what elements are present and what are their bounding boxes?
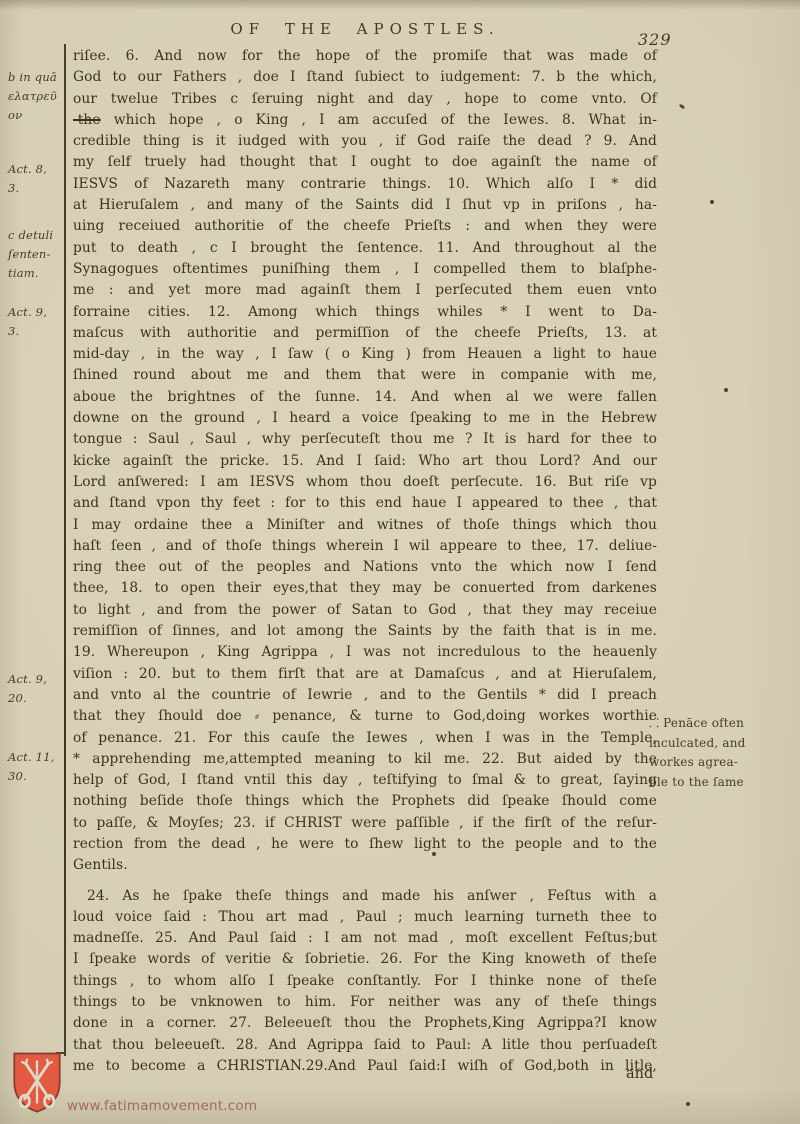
text-line: haſt ſeen , and of thoſe things wherein … xyxy=(73,536,657,557)
text-line: remiſſion of ſinnes, and lot among the S… xyxy=(73,621,657,642)
margin-note-line: c detuli xyxy=(8,226,62,245)
margin-note: Act. 8,3. xyxy=(8,160,62,198)
margin-note: Act. 9,20. xyxy=(8,670,62,708)
text-line: me to become a CHRISTIAN.29.And Paul ſai… xyxy=(73,1056,657,1077)
margin-note: Act. 11,30. xyxy=(8,748,62,786)
scanned-book-page: OF THE APOSTLES. 329 riſee. 6. And now f… xyxy=(0,0,800,1124)
margin-note-line: ble to the ſame xyxy=(649,773,795,793)
text-line: done in a corner. 27. Beleeueſt thou the… xyxy=(73,1013,657,1034)
margin-note-line: 3. xyxy=(8,179,62,198)
text-line: that thou beleeueſt. 28. And Agrippa ſai… xyxy=(73,1035,657,1056)
text-line: credible thing is it iudged with you , i… xyxy=(73,131,657,152)
text-line: viſion : 20. but to them firſt that are … xyxy=(73,664,657,685)
text-line: me : and yet more mad againſt them I per… xyxy=(73,280,657,301)
margin-note: Act. 9,3. xyxy=(8,303,62,341)
text-line: aboue the brightnes of the ſunne. 14. An… xyxy=(73,387,657,408)
text-line: to paſſe, & Moyſes; 23. if CHRIST were p… xyxy=(73,813,657,834)
text-line: my ſelf truely had thought that I ought … xyxy=(73,152,657,173)
struck-word: -the xyxy=(73,112,101,128)
margin-note-line: ελατρεῦ xyxy=(8,87,62,106)
margin-note-line: ſenten- xyxy=(8,245,62,264)
margin-note: b in quāελατρεῦον xyxy=(8,68,62,125)
text-line: put to death , c I brought the ſentence.… xyxy=(73,238,657,259)
text-line: things to be vnknowen to him. For neithe… xyxy=(73,992,657,1013)
margin-note-line: 30. xyxy=(8,767,62,786)
text-line: mid-day , in the way , I ſaw ( o King ) … xyxy=(73,344,657,365)
right-margin-note: ⸬ Penāce ofteninculcated, andworkes agre… xyxy=(649,714,795,792)
body-text: riſee. 6. And now for the hope of the pr… xyxy=(73,46,657,1077)
margin-note-line: 3. xyxy=(8,322,62,341)
text-line: maſcus with authoritie and permiſſion of… xyxy=(73,323,657,344)
text-line: loud voice ſaid : Thou art mad , Paul ; … xyxy=(73,907,657,928)
text-line: Gentils. xyxy=(73,855,657,876)
text-line: I ſpeake words of veritie & ſobrietie. 2… xyxy=(73,949,657,970)
margin-note-line: workes agrea- xyxy=(649,753,795,773)
crossed-keys-icon xyxy=(10,1050,64,1114)
text-line: 24. As he ſpake theſe things and made hi… xyxy=(73,886,657,907)
ink-speck xyxy=(432,852,436,856)
text-line: at Hieruſalem , and many of the Saints d… xyxy=(73,195,657,216)
text-line: ring thee out of the peoples and Nations… xyxy=(73,557,657,578)
text-line: -the which hope , o King , I am accuſed … xyxy=(73,110,657,131)
text-line: madneſſe. 25. And Paul ſaid : I am not m… xyxy=(73,928,657,949)
margin-note-line: Act. 9, xyxy=(8,303,62,322)
text-line: * apprehending me,attempted meaning to k… xyxy=(73,749,657,770)
text-line: ſhined round about me and them that were… xyxy=(73,365,657,386)
ink-speck xyxy=(686,1102,690,1106)
text-line: things , to whom alſo I ſpeake conſtantl… xyxy=(73,971,657,992)
margin-note-line: inculcated, and xyxy=(649,734,795,754)
running-head: OF THE APOSTLES. xyxy=(73,20,657,38)
margin-note: c detuliſenten-tiam. xyxy=(8,226,62,283)
text-line: rection from the dead , he were to ſhew … xyxy=(73,834,657,855)
text-line: of penance. 21. For this cauſe the Iewes… xyxy=(73,728,657,749)
text-line: nothing beſide thoſe things which the Pr… xyxy=(73,791,657,812)
text-line: forraine cities. 12. Among which things … xyxy=(73,302,657,323)
text-line: Synagogues oftentimes puniſhing them , I… xyxy=(73,259,657,280)
text-line: IESVS of Nazareth many contrarie things.… xyxy=(73,174,657,195)
margin-note-line: Act. 11, xyxy=(8,748,62,767)
margin-note-line: Act. 9, xyxy=(8,670,62,689)
margin-rule xyxy=(64,44,66,1056)
margin-note-line: ⸬ Penāce often xyxy=(649,714,795,734)
text-line: kicke againſt the pricke. 15. And I ſaid… xyxy=(73,451,657,472)
text-line: and ſtand vpon thy feet : for to this en… xyxy=(73,493,657,514)
ink-speck xyxy=(724,388,728,392)
margin-note-line: b in quā xyxy=(8,68,62,87)
text-line: I may ordaine thee a Miniſter and witnes… xyxy=(73,515,657,536)
catchword: and xyxy=(626,1066,653,1082)
text-line: our twelue Tribes c ſeruing night and da… xyxy=(73,89,657,110)
ink-speck xyxy=(679,104,686,110)
margin-note-line: ον xyxy=(8,106,62,125)
text-line: uing receiued authoritie of the cheefe P… xyxy=(73,216,657,237)
margin-note-line: Act. 8, xyxy=(8,160,62,179)
text-line: 19. Whereupon , King Agrippa , I was not… xyxy=(73,642,657,663)
watermark-url: www.fatimamovement.com xyxy=(67,1098,257,1114)
margin-note-line: tiam. xyxy=(8,264,62,283)
text-line: and vnto al the countrie of Iewrie , and… xyxy=(73,685,657,706)
text-line: help of God, I ſtand vntil this day , te… xyxy=(73,770,657,791)
text-line: thee, 18. to open their eyes,that they m… xyxy=(73,578,657,599)
text-line: riſee. 6. And now for the hope of the pr… xyxy=(73,46,657,67)
ink-speck xyxy=(710,200,714,204)
text-line: to light , and from the power of Satan t… xyxy=(73,600,657,621)
text-line: Lord anſwered: I am IESVS whom thou doeſ… xyxy=(73,472,657,493)
text-line: that they ſhould doe ⸗ penance, & turne … xyxy=(73,706,657,727)
text-line: tongue : Saul , Saul , why perſecuteſt t… xyxy=(73,429,657,450)
text-line: downe on the ground , I heard a voice ſp… xyxy=(73,408,657,429)
text-line: God to our Fathers , doe I ſtand ſubiect… xyxy=(73,67,657,88)
margin-note-line: 20. xyxy=(8,689,62,708)
